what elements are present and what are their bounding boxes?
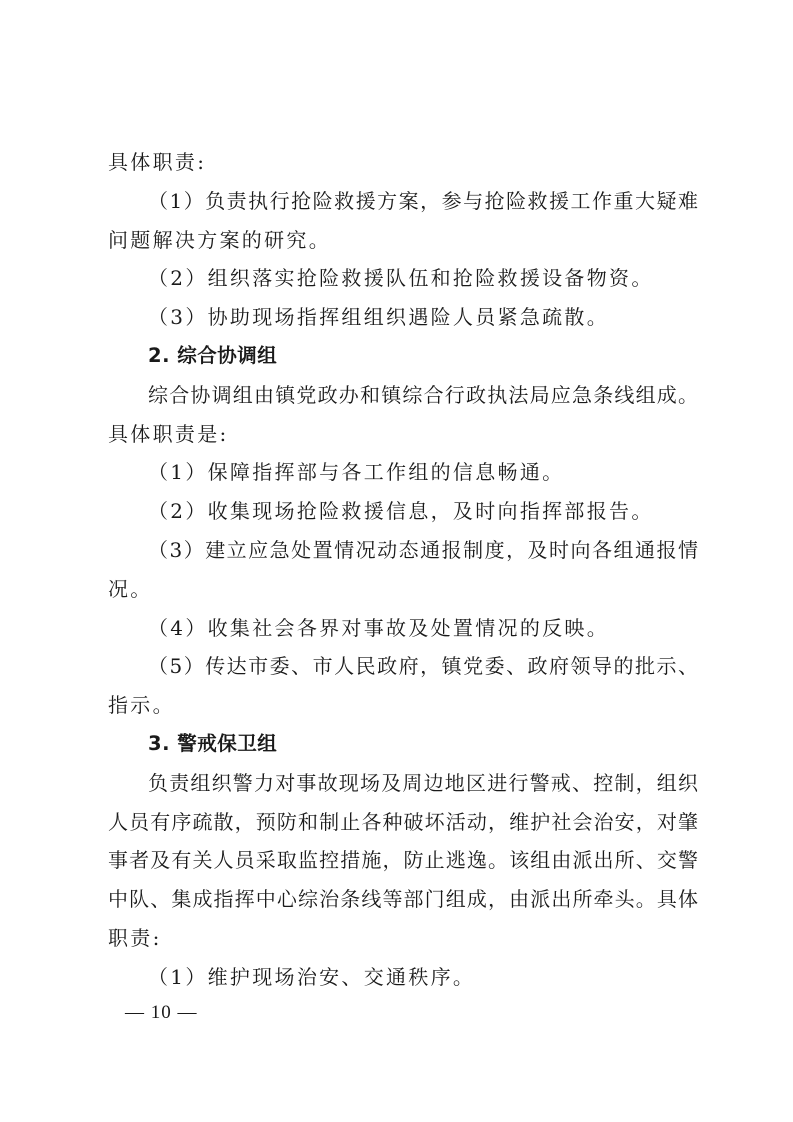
paragraph-line: 人员有序疏散，预防和制止各种破坏活动，维护社会治安，对肇	[108, 803, 698, 842]
list-item: （1）维护现场治安、交通秩序。	[108, 958, 698, 997]
list-item: （2）收集现场抢险救援信息，及时向指挥部报告。	[108, 492, 698, 531]
list-item: （5）传达市委、市人民政府，镇党委、政府领导的批示、	[108, 647, 698, 686]
list-item: （1）负责执行抢险救援方案，参与抢险救援工作重大疑难	[108, 182, 698, 221]
list-item: （1）保障指挥部与各工作组的信息畅通。	[108, 453, 698, 492]
document-page: 具体职责: （1）负责执行抢险救援方案，参与抢险救援工作重大疑难 问题解决方案的…	[108, 143, 698, 997]
section-heading: 2. 综合协调组	[108, 337, 698, 376]
body-line: 问题解决方案的研究。	[108, 221, 698, 260]
paragraph-line: 综合协调组由镇党政办和镇综合行政执法局应急条线组成。	[108, 376, 698, 415]
list-item: （3）建立应急处置情况动态通报制度，及时向各组通报情	[108, 531, 698, 570]
body-line: 职责:	[108, 919, 698, 958]
paragraph-line: 中队、集成指挥中心综治条线等部门组成，由派出所牵头。具体	[108, 880, 698, 919]
body-line: 况。	[108, 570, 698, 609]
body-line: 具体职责:	[108, 143, 698, 182]
list-item: （2）组织落实抢险救援队伍和抢险救援设备物资。	[108, 259, 698, 298]
body-line: 具体职责是:	[108, 415, 698, 454]
page-number: — 10 —	[125, 1002, 198, 1024]
body-line: 指示。	[108, 686, 698, 725]
paragraph-line: 事者及有关人员采取监控措施，防止逃逸。该组由派出所、交警	[108, 841, 698, 880]
list-item: （3）协助现场指挥组组织遇险人员紧急疏散。	[108, 298, 698, 337]
paragraph-line: 负责组织警力对事故现场及周边地区进行警戒、控制，组织	[108, 764, 698, 803]
list-item: （4）收集社会各界对事故及处置情况的反映。	[108, 609, 698, 648]
section-heading: 3. 警戒保卫组	[108, 725, 698, 764]
